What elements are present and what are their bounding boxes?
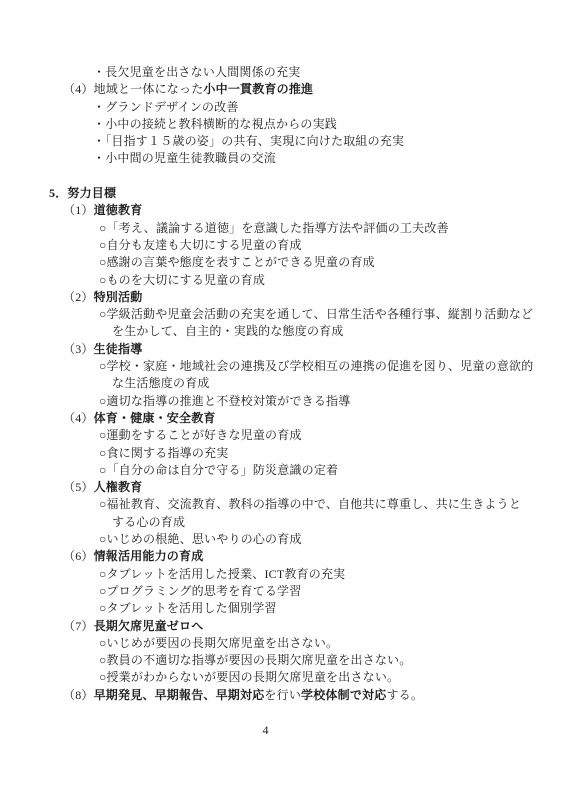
text-segment: 人権教育: [94, 480, 143, 494]
dot-bullet-marker: ・: [93, 100, 105, 114]
text-segment: 適切な指導の推進と不登校対策ができる指導: [106, 394, 350, 408]
text-segment: 「考え、議論する道徳」を意識した指導方法や評価の工夫改善: [106, 221, 448, 235]
item-number-marker: （8）: [63, 688, 94, 702]
item-number-marker: （4）: [63, 82, 94, 96]
text-segment: ものを大切にする児童の育成: [106, 273, 265, 287]
text-segment: 5．努力目標: [49, 186, 116, 200]
text-segment: を生かして、自主的・実践的な態度の育成: [112, 324, 344, 338]
item-number-marker: （6）: [63, 549, 94, 563]
document-line: ○感謝の言葉や態度を表すことができる児童の育成: [0, 254, 566, 271]
document-line: ・グランドデザインの改善: [0, 99, 566, 116]
text-segment: 学校体制で対応: [301, 688, 386, 702]
document-line: ・小中間の児童生徒教職員の交流: [0, 150, 566, 167]
text-segment: 体育・健康・安全教育: [94, 411, 216, 425]
text-segment: 自分も友達も大切にする児童の育成: [106, 238, 301, 252]
document-line: ○タブレットを活用した個別学習: [0, 600, 566, 617]
text-segment: な生活態度の育成: [112, 376, 210, 390]
document-line: を生かして、自主的・実践的な態度の育成: [0, 323, 566, 340]
text-segment: 長期欠席児童ゼロへ: [94, 619, 204, 633]
document-line: ○授業がわからないが要因の長期欠席児童を出さない。: [0, 669, 566, 686]
document-line: ○学校・家庭・地域社会の連携及び学校相互の連携の促進を図り、児童の意欲的: [0, 358, 566, 375]
document-line: な生活態度の育成: [0, 375, 566, 392]
text-segment: 小中間の児童生徒教職員の交流: [105, 151, 276, 165]
document-line: ・小中の接続と教科横断的な視点からの実践: [0, 116, 566, 133]
text-segment: 生徒指導: [94, 342, 143, 356]
text-segment: 「目指す１５歳の姿」の共有、実現に向けた取組の充実: [105, 134, 404, 148]
document-line: （6）情報活用能力の育成: [0, 548, 566, 565]
text-segment: 特別活動: [94, 290, 143, 304]
text-segment: 道徳教育: [94, 203, 143, 217]
document-line: （2）特別活動: [0, 289, 566, 306]
text-segment: 感謝の言葉や態度を表すことができる児童の育成: [106, 255, 374, 269]
text-segment: 教員の不適切な指導が要因の長期欠席児童を出さない。: [106, 653, 411, 667]
document-line: ○タブレットを活用した授業、ICT教育の充実: [0, 566, 566, 583]
text-segment: グランドデザインの改善: [105, 100, 238, 114]
document-line: ○いじめが要因の長期欠席児童を出さない。: [0, 635, 566, 652]
document-line: ・長欠児童を出さない人間関係の充実: [0, 64, 566, 81]
document-line: ○「考え、議論する道徳」を意識した指導方法や評価の工夫改善: [0, 220, 566, 237]
document-page: ・長欠児童を出さない人間関係の充実（4）地域と一体になった小中一貫教育の推進・グ…: [0, 0, 566, 800]
document-line: ○「自分の命は自分で守る」防災意識の定着: [0, 462, 566, 479]
document-line: ○自分も友達も大切にする児童の育成: [0, 237, 566, 254]
document-line: する心の育成: [0, 514, 566, 531]
text-segment: 早期発見、早期報告、早期対応: [94, 688, 265, 702]
dot-bullet-marker: ・: [93, 134, 105, 148]
text-segment: 地域と一体になった: [94, 82, 204, 96]
document-line: （8）早期発見、早期報告、早期対応を行い学校体制で対応する。: [0, 687, 566, 704]
item-number-marker: （3）: [63, 342, 94, 356]
item-number-marker: （1）: [63, 203, 94, 217]
document-line: ○いじめの根絶、思いやりの心の育成: [0, 531, 566, 548]
blank-line: [0, 168, 566, 185]
text-segment: を行い: [264, 688, 301, 702]
item-number-marker: （2）: [63, 290, 94, 304]
page-number: 4: [0, 722, 531, 739]
text-segment: 授業がわからないが要因の長期欠席児童を出さない。: [106, 670, 399, 684]
text-segment: タブレットを活用した個別学習: [106, 601, 276, 615]
document-line: ・「目指す１５歳の姿」の共有、実現に向けた取組の充実: [0, 133, 566, 150]
text-segment: 小中の接続と教科横断的な視点からの実践: [105, 117, 337, 131]
document-line: （4）体育・健康・安全教育: [0, 410, 566, 427]
text-segment: いじめが要因の長期欠席児童を出さない。: [106, 636, 338, 650]
document-body: ・長欠児童を出さない人間関係の充実（4）地域と一体になった小中一貫教育の推進・グ…: [0, 64, 566, 704]
text-segment: タブレットを活用した授業、ICT教育の充実: [106, 567, 345, 581]
document-line: ○運動をすることが好きな児童の育成: [0, 427, 566, 444]
document-line: （3）生徒指導: [0, 341, 566, 358]
dot-bullet-marker: ・: [93, 151, 105, 165]
document-line: （5）人権教育: [0, 479, 566, 496]
text-segment: 学級活動や児童会活動の充実を通して、日常生活や各種行事、縦割り活動など: [106, 307, 533, 321]
text-segment: 運動をすることが好きな児童の育成: [106, 428, 301, 442]
text-segment: する心の育成: [112, 515, 185, 529]
dot-bullet-marker: ・: [93, 65, 105, 79]
document-line: 5．努力目標: [0, 185, 566, 202]
document-line: ○学級活動や児童会活動の充実を通して、日常生活や各種行事、縦割り活動など: [0, 306, 566, 323]
text-segment: 小中一貫教育の推進: [203, 82, 313, 96]
document-line: ○福祉教育、交流教育、教科の指導の中で、自他共に尊重し、共に生きようと: [0, 496, 566, 513]
text-segment: 長欠児童を出さない人間関係の充実: [105, 65, 300, 79]
item-number-marker: （4）: [63, 411, 94, 425]
dot-bullet-marker: ・: [93, 117, 105, 131]
document-line: ○教員の不適切な指導が要因の長期欠席児童を出さない。: [0, 652, 566, 669]
document-line: ○ものを大切にする児童の育成: [0, 272, 566, 289]
text-segment: する。: [386, 688, 423, 702]
document-line: （1）道徳教育: [0, 202, 566, 219]
text-segment: 学校・家庭・地域社会の連携及び学校相互の連携の促進を図り、児童の意欲的: [106, 359, 533, 373]
text-segment: 情報活用能力の育成: [94, 549, 204, 563]
document-line: ○食に関する指導の充実: [0, 445, 566, 462]
item-number-marker: （5）: [63, 480, 94, 494]
document-line: （7）長期欠席児童ゼロへ: [0, 618, 566, 635]
text-segment: プログラミング的思考を育てる学習: [106, 584, 301, 598]
text-segment: 福祉教育、交流教育、教科の指導の中で、自他共に尊重し、共に生きようと: [106, 497, 521, 511]
text-segment: 「自分の命は自分で守る」防災意識の定着: [106, 463, 338, 477]
document-line: （4）地域と一体になった小中一貫教育の推進: [0, 81, 566, 98]
text-segment: いじめの根絶、思いやりの心の育成: [106, 532, 301, 546]
text-segment: 食に関する指導の充実: [106, 446, 228, 460]
document-line: ○適切な指導の推進と不登校対策ができる指導: [0, 393, 566, 410]
document-line: ○プログラミング的思考を育てる学習: [0, 583, 566, 600]
item-number-marker: （7）: [63, 619, 94, 633]
